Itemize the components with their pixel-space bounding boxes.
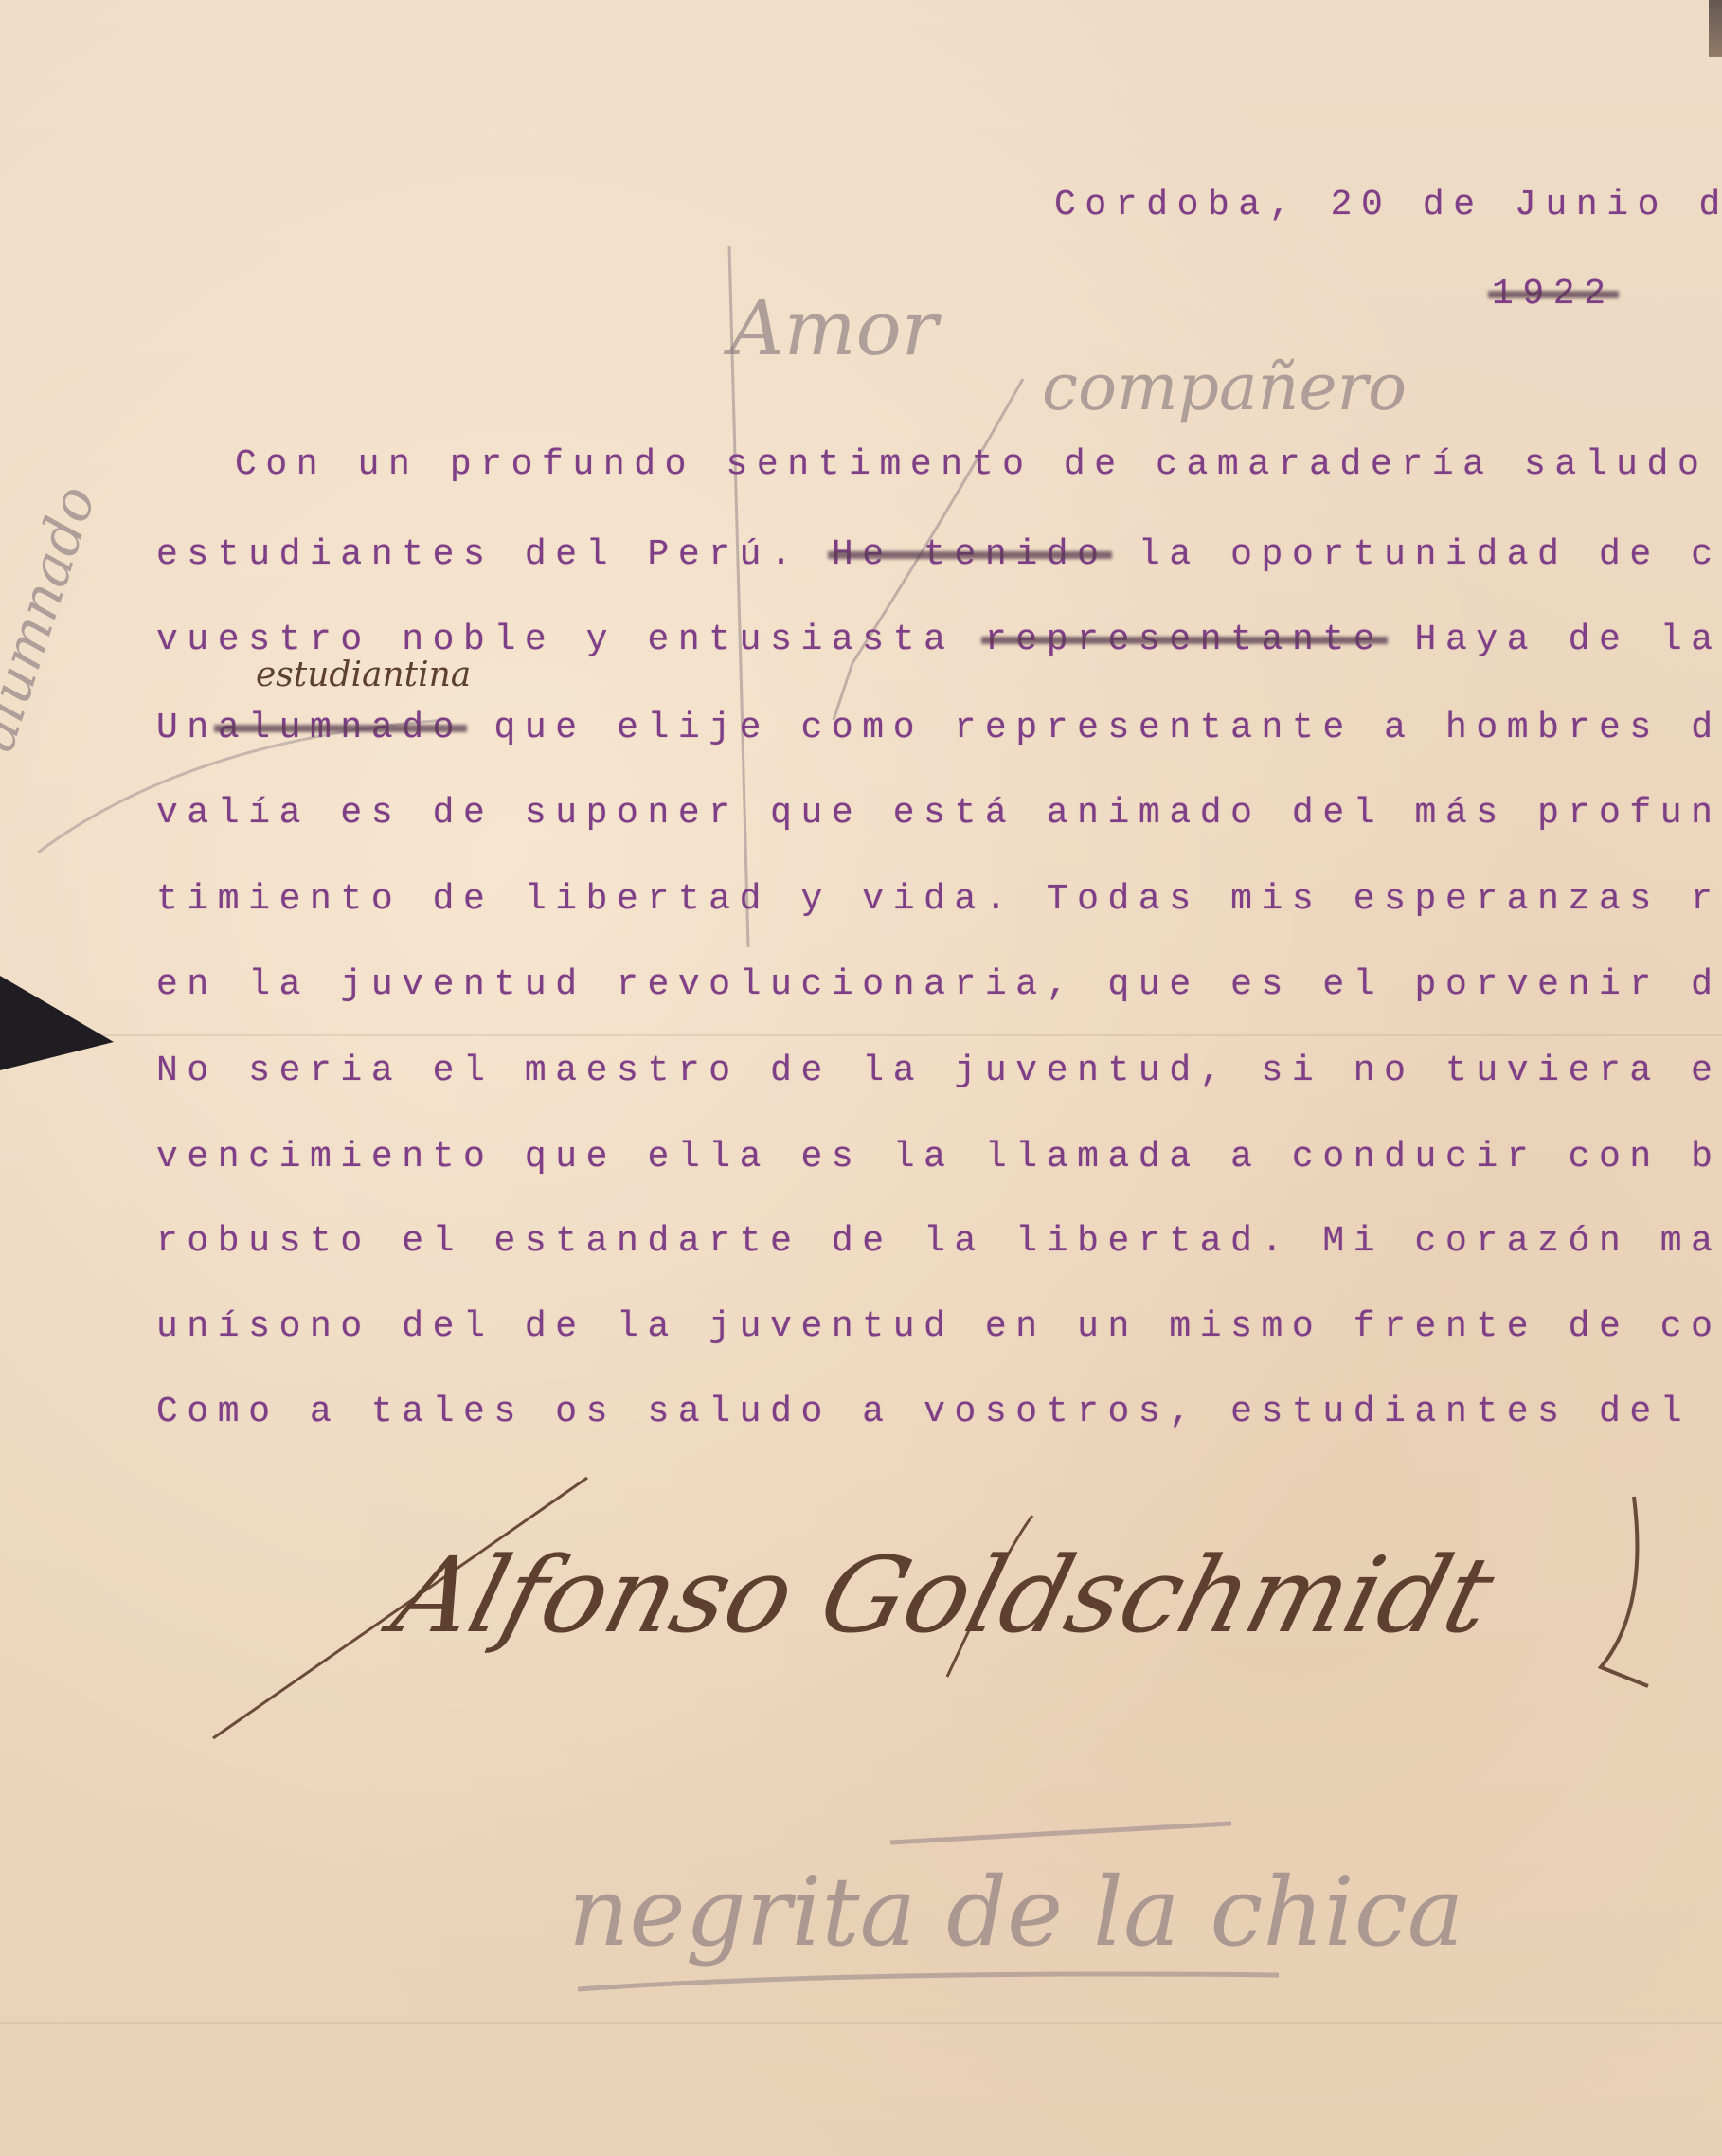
body-line: vencimiento que ella es la llamada a con… <box>156 1140 1722 1176</box>
body-line: Como a tales os saludo a vosotros, estud… <box>156 1394 1722 1430</box>
body-line: No seria el maestro de la juventud, si n… <box>156 1053 1722 1089</box>
struck-text: representante <box>985 620 1384 660</box>
body-line: en la juventud revolucionaria, que es el… <box>156 967 1722 1003</box>
body-line: vuestro noble y entusiasta representante… <box>156 622 1722 658</box>
struck-text: alumnado <box>218 708 463 748</box>
body-line: Unalumnado que elije como representante … <box>156 710 1722 746</box>
body-line: Con un profundo sentimento de camaraderí… <box>235 447 1722 483</box>
body-line: valía es de suponer que está animado del… <box>156 796 1722 832</box>
handwritten-correction: estudiantina <box>256 656 471 694</box>
struck-text: He tenido <box>832 534 1108 575</box>
body-line: timiento de libertad y vida. Todas mis e… <box>156 882 1722 918</box>
letter-page: Cordoba, 20 de Junio de 1922 Amor compañ… <box>0 0 1722 2156</box>
body-line: robusto el estandarte de la libertad. Mi… <box>156 1224 1722 1260</box>
body-line: estudiantes del Perú. He tenido la oport… <box>156 537 1722 573</box>
body-line: unísono del de la juventud en un mismo f… <box>156 1309 1722 1345</box>
signature: Alfonso Goldschmidt <box>382 1535 1506 1656</box>
